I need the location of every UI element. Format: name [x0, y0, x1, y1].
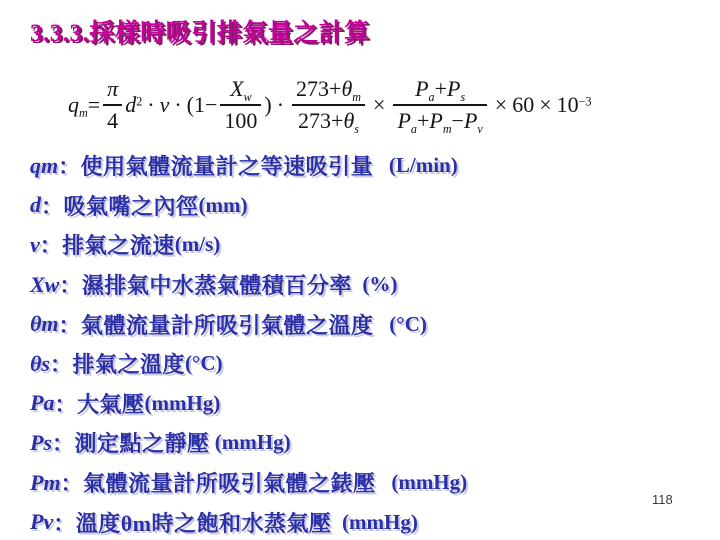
fraction-temperature: 273+θm 273+θs: [292, 76, 365, 134]
definition-row-theta-m: θm ：氣體流量計所吸引氣體之溫度 (°C): [30, 304, 720, 344]
dot-operator: ·: [277, 92, 284, 118]
dot-operator: ·: [147, 92, 154, 118]
variable-unit: (%): [352, 272, 398, 297]
multiply-sign: ×: [495, 92, 507, 118]
definition-row-theta-s: θs ：排氣之溫度 (°C): [30, 344, 720, 384]
variable-description: ：測定點之靜壓: [52, 427, 210, 458]
variable-symbol: Pa: [30, 390, 54, 416]
dot-operator: ·: [174, 92, 181, 118]
ten-to-minus-three: 10−3: [557, 92, 592, 118]
variable-description: ：氣體流量計所吸引氣體之錶壓: [61, 467, 376, 498]
variable-description: ：氣體流量計所吸引氣體之溫度: [59, 309, 374, 340]
definition-row-v: v ：排氣之流速 (m/s): [30, 225, 720, 265]
variable-description: ：大氣壓: [54, 388, 144, 419]
presentation-slide: 3.3.3.採樣時吸引排氣量之計算 qm = π 4 d2 · ν · (1− …: [0, 0, 720, 540]
definition-row-pa: Pa ：大氣壓 (mmHg): [30, 384, 720, 424]
sampling-flow-formula: qm = π 4 d2 · ν · (1− Xw 100 ) · 273+θm …: [68, 66, 592, 144]
definition-row-ps: Ps ：測定點之靜壓 (mmHg): [30, 423, 720, 463]
page-number: 118: [652, 492, 673, 507]
definition-row-pm: Pm ：氣體流量計所吸引氣體之錶壓 (mmHg): [30, 463, 720, 503]
variable-unit: (mmHg): [332, 510, 418, 535]
variable-description: ：濕排氣中水蒸氣體積百分率: [59, 269, 352, 300]
variable-description: ：排氣之流速: [40, 229, 175, 260]
open-paren-one-minus: (1−: [187, 92, 218, 118]
slide-title: 3.3.3.採樣時吸引排氣量之計算: [30, 13, 370, 49]
variable-symbol: Pm: [30, 470, 61, 496]
variable-description: ：吸氣嘴之內徑: [41, 190, 199, 221]
multiply-sign: ×: [539, 92, 551, 118]
variable-unit: (mmHg): [144, 391, 220, 416]
close-paren: ): [264, 92, 271, 118]
variable-symbol: θs: [30, 351, 50, 377]
definition-row-pv: Pv ：溫度θm時之飽和水蒸氣壓 (mmHg): [30, 502, 720, 540]
variable-symbol: θm: [30, 311, 59, 337]
variable-unit: (L/min): [373, 153, 458, 178]
diameter-squared: d2: [125, 92, 142, 118]
variable-unit: (°C): [374, 312, 427, 337]
variable-unit: (m/s): [175, 232, 221, 257]
constant-sixty: 60: [512, 92, 534, 118]
variable-definitions-list: qm ：使用氣體流量計之等速吸引量 (L/min) d ：吸氣嘴之內徑 (mm)…: [30, 146, 720, 540]
variable-symbol: v: [30, 232, 40, 258]
definition-row-qm: qm ：使用氣體流量計之等速吸引量 (L/min): [30, 146, 720, 186]
variable-symbol: d: [30, 192, 41, 218]
variable-description: ：排氣之溫度: [50, 348, 185, 379]
variable-symbol: qm: [30, 153, 58, 179]
variable-symbol: Xw: [30, 272, 59, 298]
variable-description: ：溫度θm時之飽和水蒸氣壓: [53, 507, 331, 538]
variable-symbol: Ps: [30, 430, 52, 456]
variable-unit: (°C): [185, 351, 223, 376]
equals-sign: =: [88, 92, 100, 118]
fraction-pressure: Pa+Ps Pa+Pm−Pv: [393, 76, 486, 134]
variable-unit: (mm): [199, 193, 248, 218]
formula-lhs: qm: [68, 92, 88, 118]
definition-row-xw: Xw ：濕排氣中水蒸氣體積百分率 (%): [30, 265, 720, 305]
variable-unit: (mmHg): [376, 470, 468, 495]
fraction-pi-over-4: π 4: [103, 76, 122, 134]
multiply-sign: ×: [373, 92, 385, 118]
variable-symbol: Pv: [30, 509, 53, 535]
definition-row-d: d ：吸氣嘴之內徑 (mm): [30, 186, 720, 226]
velocity-symbol: ν: [160, 92, 170, 118]
variable-description: ：使用氣體流量計之等速吸引量: [58, 150, 373, 181]
fraction-humidity: Xw 100: [220, 76, 261, 134]
variable-unit: (mmHg): [210, 430, 291, 455]
